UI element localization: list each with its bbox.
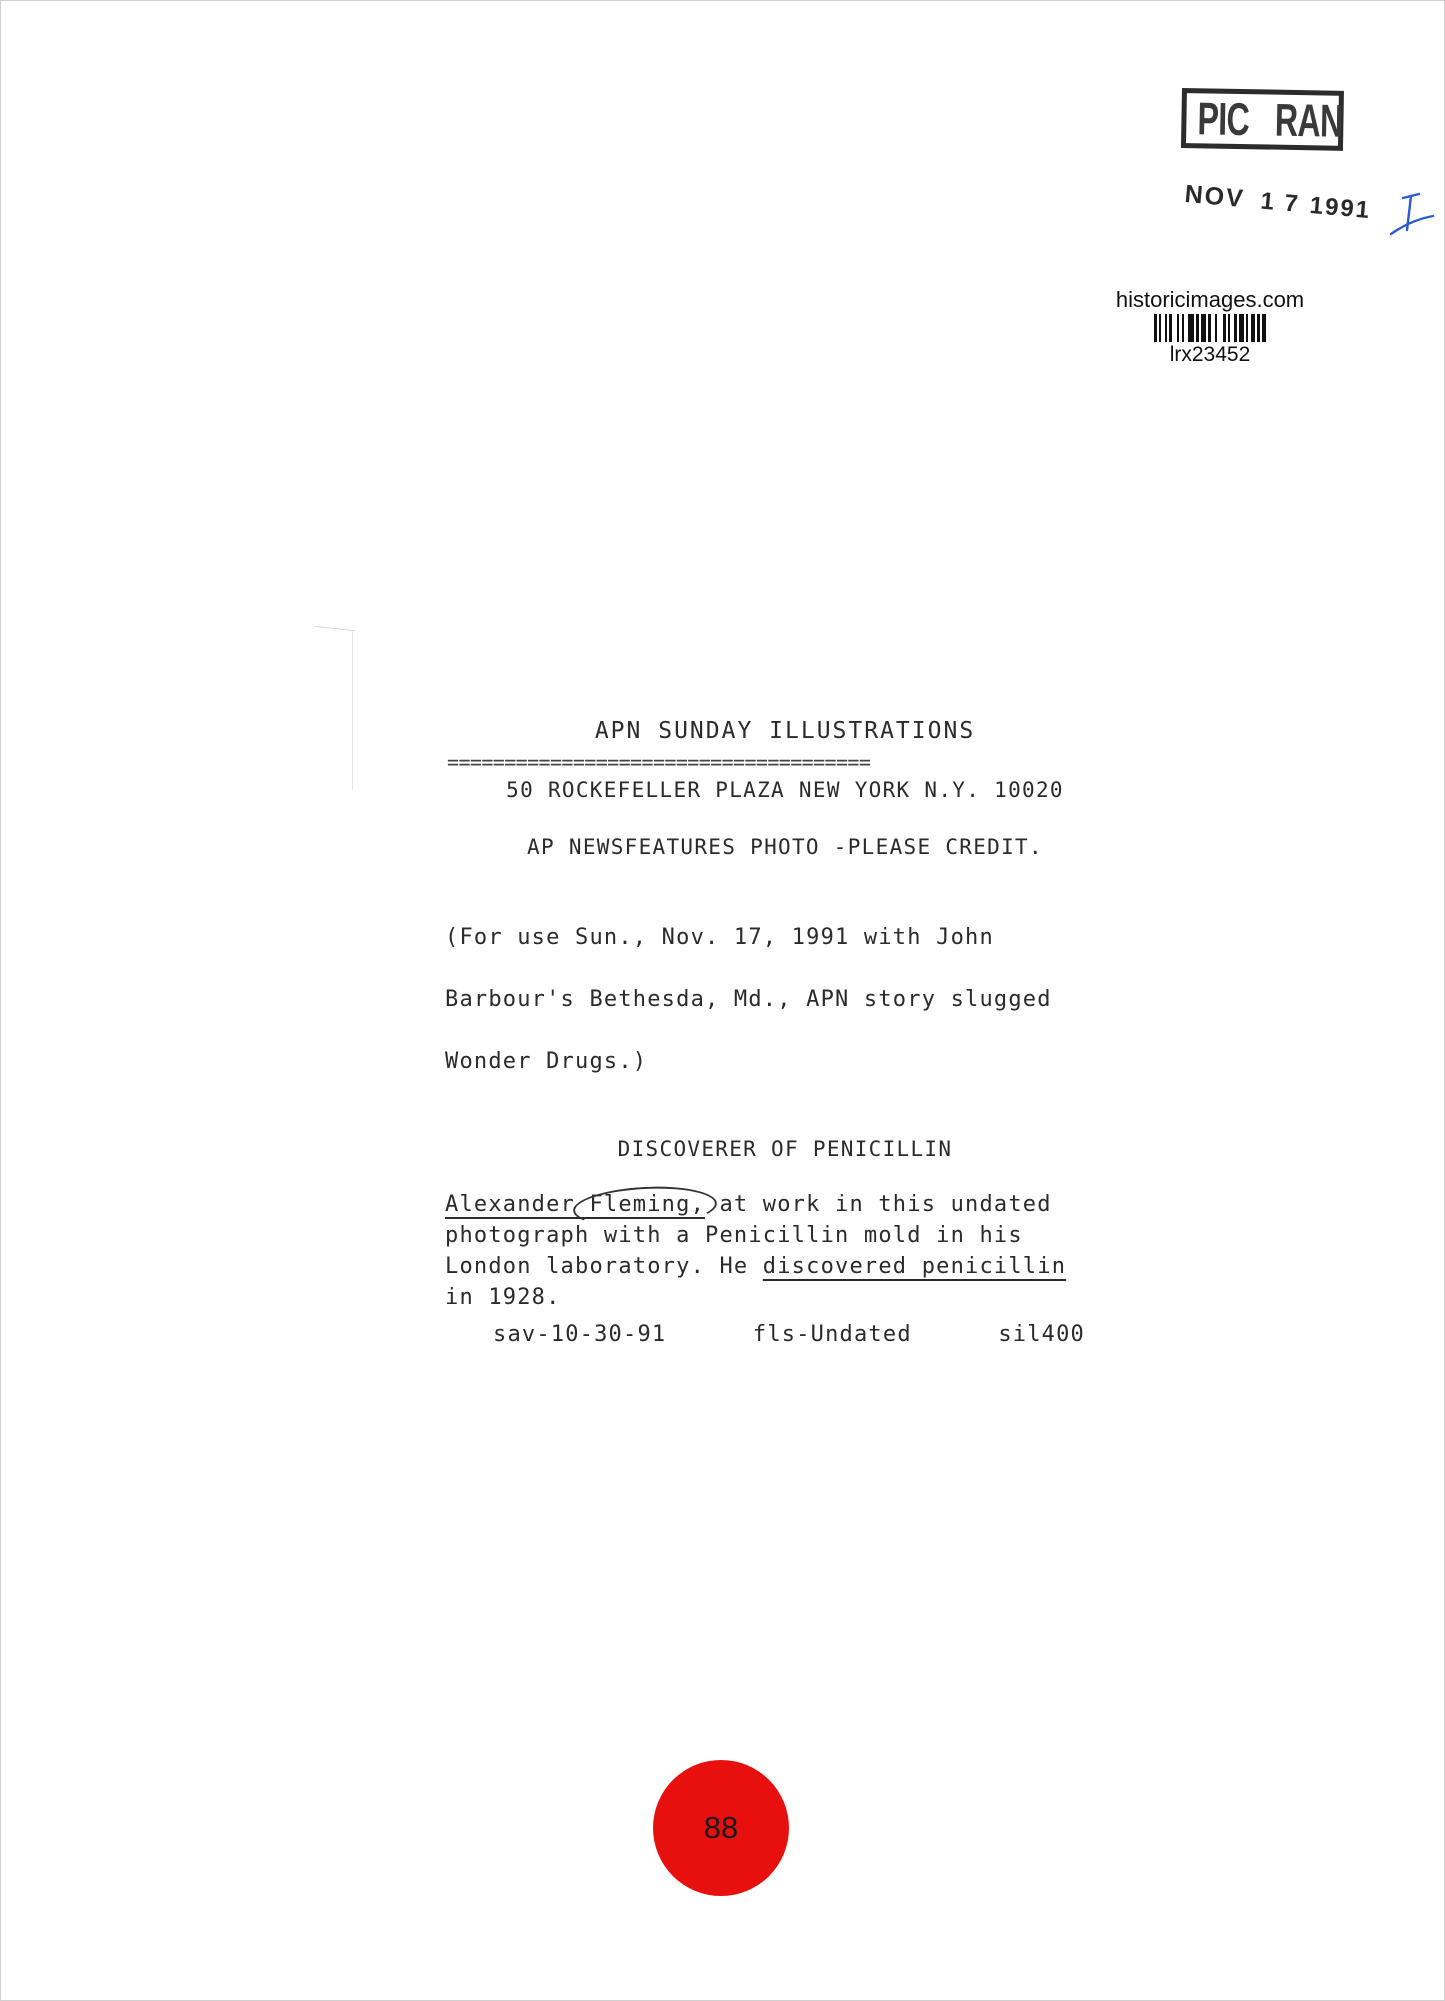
red-number-sticker: 88 (653, 1760, 789, 1896)
caption-body: Alexander Fleming, at work in this undat… (445, 1189, 1125, 1313)
typed-caption: APN SUNDAY ILLUSTRATIONS ===============… (445, 716, 1125, 1350)
body-text-segment: London laboratory. He (445, 1254, 763, 1279)
stamp-label-right: RAN (1274, 93, 1343, 148)
handwritten-i-mark-icon (1385, 190, 1435, 240)
usage-line: (For use Sun., Nov. 17, 1991 with John (445, 922, 1125, 953)
barcode-site: historicimages.com (1100, 288, 1320, 312)
body-text-segment: at work in this undated (705, 1192, 1052, 1217)
date-year: 1991 (1309, 192, 1373, 224)
sticker-number: 88 (704, 1810, 738, 1846)
body-line: Alexander Fleming, at work in this undat… (445, 1189, 1125, 1220)
barcode-icon (1100, 314, 1320, 342)
pic-ran-stamp: PIC RAN (1181, 88, 1344, 151)
stamp-label-left: PIC (1197, 91, 1250, 146)
slug-code: sil400 (998, 1319, 1085, 1350)
caption-address: 50 ROCKEFELLER PLAZA NEW YORK N.Y. 10020 (445, 775, 1125, 806)
slug-date: sav-10-30-91 (493, 1319, 666, 1350)
date-day: 1 7 (1259, 188, 1301, 218)
caption-credit: AP NEWSFEATURES PHOTO -PLEASE CREDIT. (445, 832, 1125, 863)
paper-crease (352, 630, 353, 790)
caption-title: DISCOVERER OF PENICILLIN (445, 1134, 1125, 1165)
underlined-phrase: discovered penicillin (763, 1254, 1066, 1279)
caption-usage: (For use Sun., Nov. 17, 1991 with John B… (445, 891, 1125, 1108)
body-line: in 1928. (445, 1282, 1125, 1313)
slug-row: sav-10-30-91 fls-Undated sil400 (445, 1319, 1085, 1350)
barcode-label: historicimages.com lrx23452 (1100, 288, 1320, 366)
date-month: NOV (1184, 180, 1246, 213)
slug-file: fls-Undated (753, 1319, 912, 1350)
barcode-id: lrx23452 (1100, 344, 1320, 366)
body-line: photograph with a Penicillin mold in his (445, 1220, 1125, 1251)
usage-line: Barbour's Bethesda, Md., APN story slugg… (445, 984, 1125, 1015)
caption-rule: ===================================== (447, 751, 1125, 773)
usage-line: Wonder Drugs.) (445, 1046, 1125, 1077)
body-line: London laboratory. He discovered penicil… (445, 1251, 1125, 1282)
caption-header: APN SUNDAY ILLUSTRATIONS (445, 716, 1125, 747)
